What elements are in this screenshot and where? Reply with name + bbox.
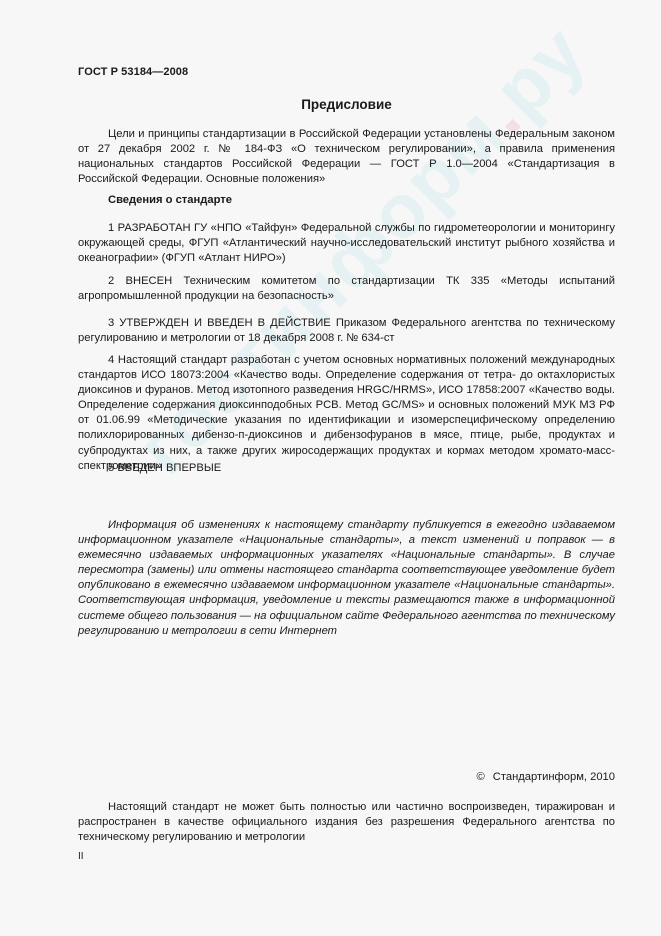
item-lead: 5 ВВЕДЕН ВПЕРВЫЕ (108, 462, 221, 474)
copyright: ©Стандартинформ, 2010 (477, 771, 615, 783)
standard-info-item-3: 3 УТВЕРЖДЕН И ВВЕДЕН В ДЕЙСТВИЕ Приказом… (78, 316, 615, 346)
item-lead: 2 ВНЕСЕН (108, 275, 172, 287)
page-title: Предисловие (78, 97, 615, 112)
item-text: Настоящий стандарт разработан с учетом о… (78, 354, 615, 472)
item-lead: 1 РАЗРАБОТАН (108, 222, 191, 234)
copyright-text: Стандартинформ, 2010 (493, 771, 615, 783)
page-number: II (78, 851, 84, 862)
watermark-text-suffix: ру (478, 9, 603, 134)
item-lead: 3 УТВЕРЖДЕН И ВВЕДЕН В ДЕЙСТВИЕ (108, 317, 331, 329)
standard-info-item-5: 5 ВВЕДЕН ВПЕРВЫЕ (78, 461, 615, 476)
standard-info-item-4: 4 Настоящий стандарт разработан с учетом… (78, 353, 615, 474)
standard-info-item-2: 2 ВНЕСЕН Техническим комитетом по станда… (78, 274, 615, 304)
amendments-notice: Информация об изменениях к настоящему ст… (78, 518, 615, 639)
copyright-icon: © (477, 771, 485, 783)
section-heading: Сведения о стандарте (108, 194, 232, 206)
document-code: ГОСТ Р 53184—2008 (78, 66, 188, 78)
reproduction-notice: Настоящий стандарт не может быть полност… (78, 800, 615, 845)
standard-info-item-1: 1 РАЗРАБОТАН ГУ «НПО «Тайфун» Федерально… (78, 221, 615, 266)
intro-paragraph: Цели и принципы стандартизации в Российс… (78, 127, 615, 187)
